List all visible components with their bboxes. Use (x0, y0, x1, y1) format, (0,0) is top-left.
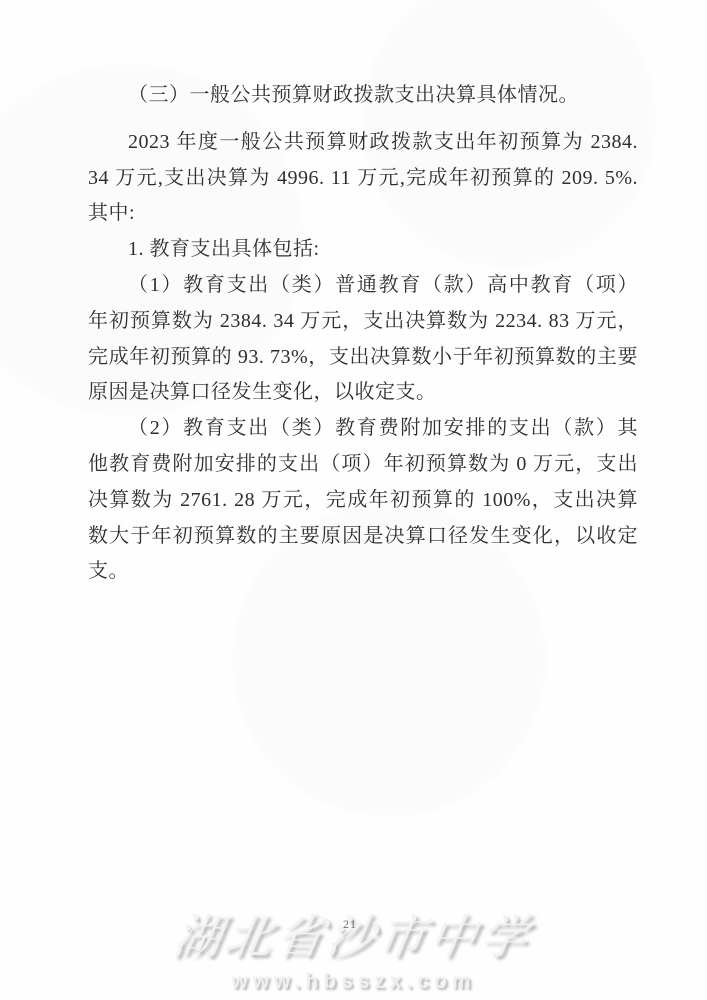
text-line: 决算数为 2761. 28 万元，完成年初预算的 100%，支出决算 (88, 483, 638, 519)
watermark: 湖北省沙市中学 www.hbsszx.com (0, 900, 707, 994)
text-line: 支。 (88, 554, 638, 590)
document-body: （三）一般公共预算财政拨款支出决算具体情况。2023 年度一般公共预算财政拨款支… (88, 78, 638, 590)
text-line: 1. 教育支出具体包括: (88, 232, 638, 268)
scanned-document-page: （三）一般公共预算财政拨款支出决算具体情况。2023 年度一般公共预算财政拨款支… (0, 0, 707, 1000)
text-line: （2）教育支出（类）教育费附加安排的支出（款）其 (88, 411, 638, 447)
text-line: 原因是决算口径发生变化，以收定支。 (88, 375, 638, 411)
watermark-website: www.hbsszx.com (0, 970, 707, 994)
section-heading: （三）一般公共预算财政拨款支出决算具体情况。 (88, 78, 638, 114)
text-line: 年初预算数为 2384. 34 万元，支出决算数为 2234. 83 万元， (88, 304, 638, 340)
text-line: 其中: (88, 196, 638, 232)
page-number: 21 (343, 917, 357, 932)
text-line: 数大于年初预算数的主要原因是决算口径发生变化，以收定 (88, 519, 638, 555)
text-line: 完成年初预算的 93. 73%，支出决算数小于年初预算数的主要 (88, 340, 638, 376)
text-line: 34 万元,支出决算为 4996. 11 万元,完成年初预算的 209. 5%. (88, 161, 638, 197)
text-line: （1）教育支出（类）普通教育（款）高中教育（项） (88, 268, 638, 304)
text-line: 他教育费附加安排的支出（项）年初预算数为 0 万元，支出 (88, 447, 638, 483)
text-line: 2023 年度一般公共预算财政拨款支出年初预算为 2384. (88, 125, 638, 161)
watermark-school-name: 湖北省沙市中学 (0, 900, 707, 967)
